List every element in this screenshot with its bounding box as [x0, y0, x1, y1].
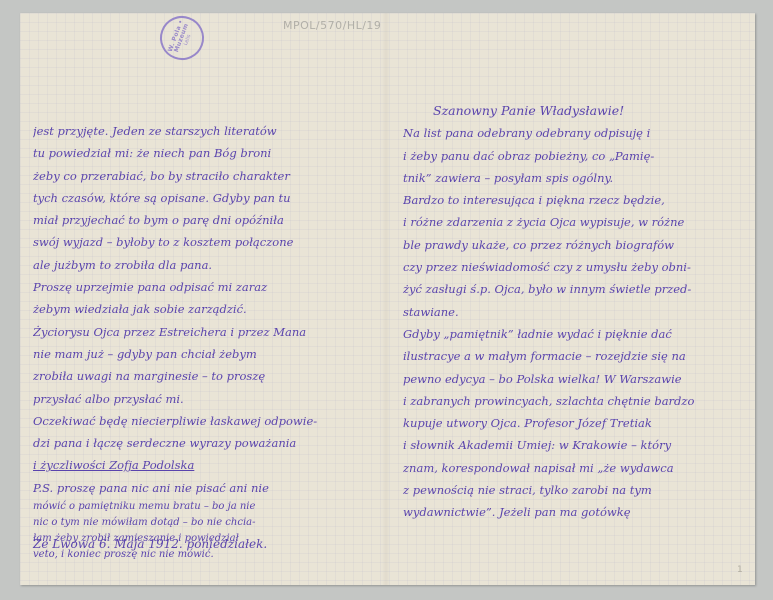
right-line: Bardzo to interesująca i piękna rzecz bę…: [403, 189, 748, 211]
left-line: jest przyjęte. Jeden ze starszych litera…: [33, 120, 378, 142]
left-line: nie mam już – gdyby pan chciał żebym: [33, 343, 378, 365]
left-line: Oczekiwać będę niecierpliwie łaskawej od…: [33, 410, 378, 432]
right-line: Gdyby „pamiętnik” ładnie wydać i pięknie…: [403, 323, 748, 345]
left-line: miał przyjechać to bym o parę dni opóźni…: [33, 209, 378, 231]
postscript-line: P.S. proszę pana nic ani nie pisać ani n…: [33, 477, 378, 499]
signature-line: i życzliwości Zofja Podolska: [33, 454, 378, 476]
right-column: Szanowny Panie Władysławie! Na list pana…: [403, 100, 748, 524]
left-line: dzi pana i łączę serdeczne wyrazy poważa…: [33, 432, 378, 454]
postscript-line: mówić o pamiętniku memu bratu – bo ja ni…: [33, 499, 378, 515]
left-column: jest przyjęte. Jeden ze starszych litera…: [33, 120, 378, 563]
left-line: tych czasów, które są opisane. Gdyby pan…: [33, 187, 378, 209]
left-line: Życiorysu Ojca przez Estreichera i przez…: [33, 321, 378, 343]
left-line: ale jużbym to zrobiła dla pana.: [33, 254, 378, 276]
left-line: tu powiedział mi: że niech pan Bóg broni: [33, 142, 378, 164]
date-closing: Ze Lwowa 6. Maja 1912. poniedziałek.: [33, 537, 267, 551]
archive-mark: MPOL/570/HL/19: [283, 19, 381, 32]
left-line: swój wyjazd – byłoby to z kosztem połącz…: [33, 231, 378, 253]
left-line: żebym wiedziała jak sobie zarządzić.: [33, 298, 378, 320]
right-line: pewno edycya – bo Polska wielka! W Warsz…: [403, 368, 748, 390]
right-line: stawiane.: [403, 301, 748, 323]
right-line: kupuje utwory Ojca. Profesor Józef Treti…: [403, 412, 748, 434]
right-line: i różne zdarzenia z życia Ojca wypisuje,…: [403, 211, 748, 233]
letter-greeting: Szanowny Panie Władysławie!: [403, 100, 748, 122]
right-line: tnik” zawiera – posyłam spis ogólny.: [403, 167, 748, 189]
left-line: przysłać albo przysłać mi.: [33, 388, 378, 410]
right-line: i żeby panu dać obraz pobieżny, co „Pami…: [403, 145, 748, 167]
postscript-line: nic o tym nie mówiłam dotąd – bo nie chc…: [33, 515, 378, 531]
right-line: wydawnictwie”. Jeżeli pan ma gotówkę: [403, 501, 748, 523]
page-number: 1: [737, 565, 743, 575]
stamp-inner-text: Lelis: [184, 34, 193, 46]
right-line: i słownik Akademii Umiej: w Krakowie – k…: [403, 434, 748, 456]
right-line: ilustracye a w małym formacie – rozejdzi…: [403, 345, 748, 367]
right-line: znam, korespondował napisał mi „że wydaw…: [403, 457, 748, 479]
right-line: Na list pana odebrany odebrany odpisuję …: [403, 122, 748, 144]
left-line: żeby co przerabiać, bo by straciło chara…: [33, 165, 378, 187]
right-line: żyć zasługi ś.p. Ojca, było w innym świe…: [403, 278, 748, 300]
right-line: i zabranych prowincyach, szlachta chętni…: [403, 390, 748, 412]
left-line: zrobiła uwagi na marginesie – to proszę: [33, 365, 378, 387]
right-line: czy przez nieświadomość czy z umysłu żeb…: [403, 256, 748, 278]
right-line: ble prawdy ukaże, co przez różnych biogr…: [403, 234, 748, 256]
right-line: z pewnością nie straci, tylko zarobi na …: [403, 479, 748, 501]
left-line: Proszę uprzejmie pana odpisać mi zaraz: [33, 276, 378, 298]
